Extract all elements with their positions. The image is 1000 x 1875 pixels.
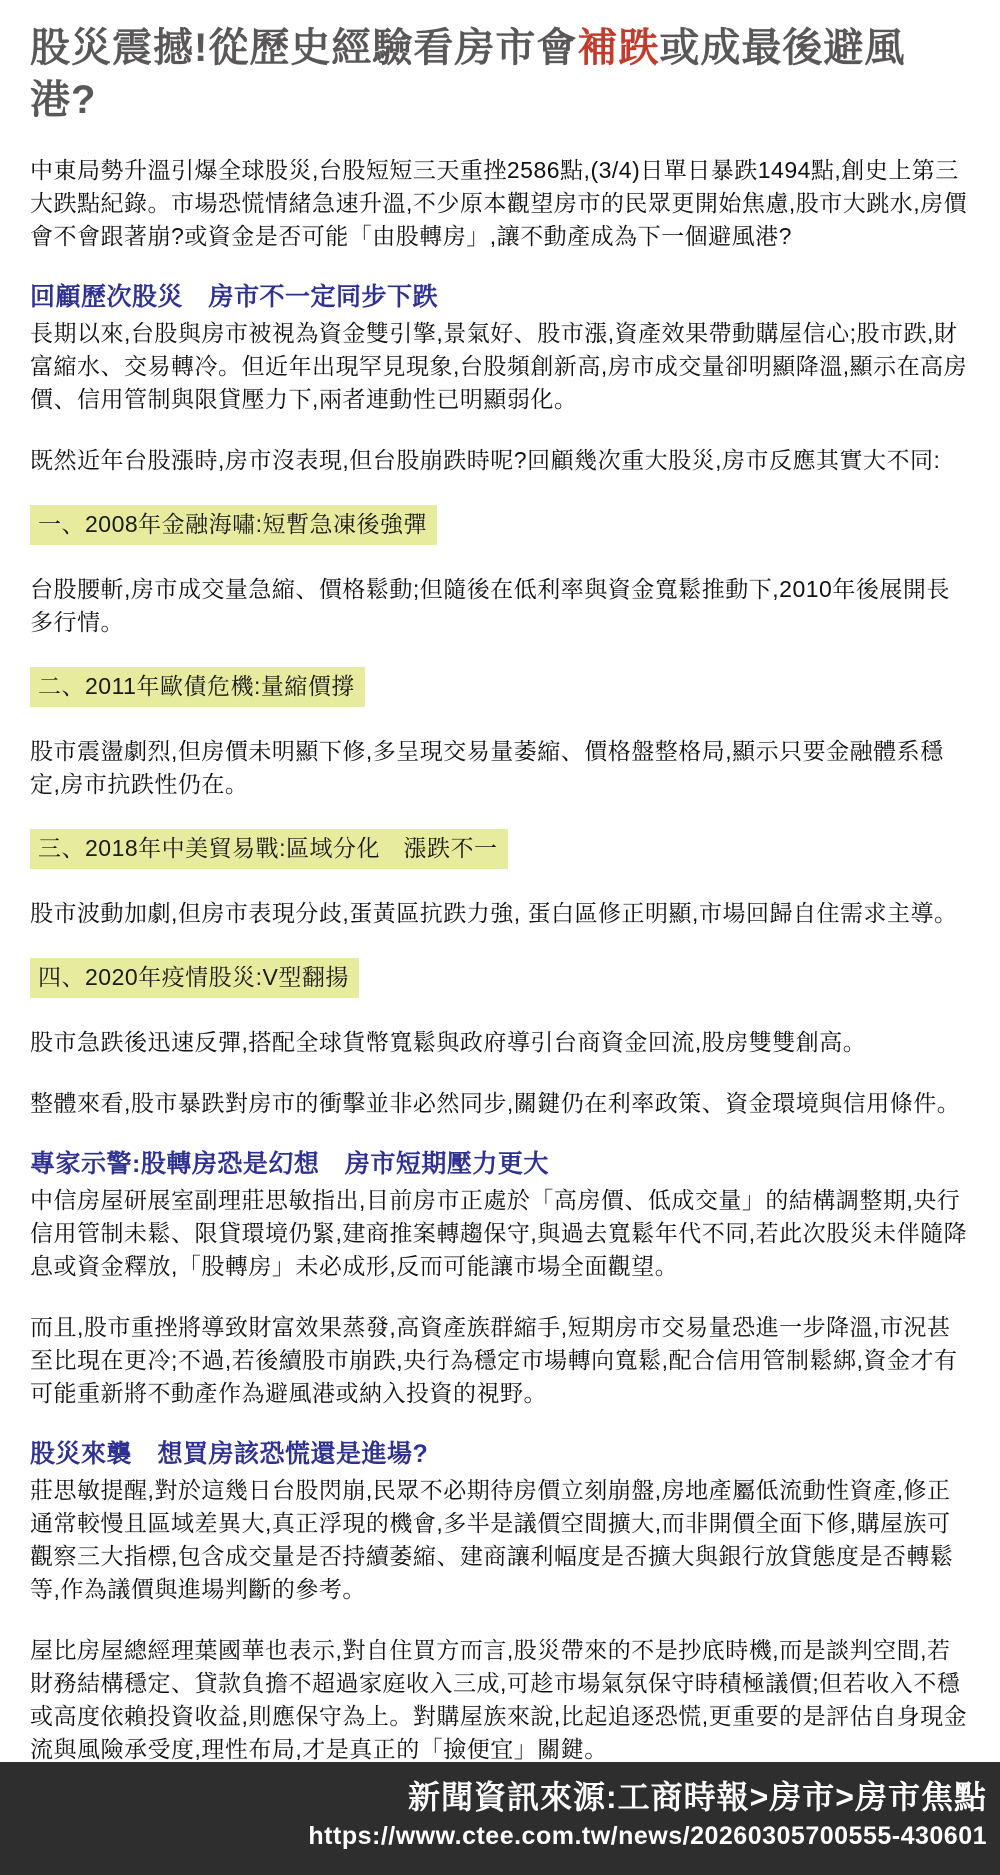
article-content: 股災震撼!從歷史經驗看房市會補跌或成最後避風港? 中東局勢升溫引爆全球股災,台股…	[0, 0, 1000, 1766]
paragraph-wealth-effect: 而且,股市重挫將導致財富效果蒸發,高資產族群縮手,短期房市交易量恐進一步降溫,市…	[30, 1311, 970, 1410]
heading-buy-or-panic: 股災來襲 想買房該恐慌還是進場?	[30, 1438, 970, 1471]
news-source-url: https://www.ctee.com.tw/news/20260305700…	[0, 1818, 987, 1854]
footer-source-bar: 新聞資訊來源:工商時報>房市>房市焦點 https://www.ctee.com…	[0, 1762, 1000, 1875]
highlight-2008-label: 一、2008年金融海嘯:短暫急凍後強彈	[30, 505, 437, 545]
highlight-2008-financial-tsunami: 一、2008年金融海嘯:短暫急凍後強彈	[30, 505, 970, 545]
paragraph-overall-summary: 整體來看,股市暴跌對房市的衝擊並非必然同步,關鍵仍在利率政策、資金環境與信用條件…	[30, 1087, 970, 1120]
highlight-2011-label: 二、2011年歐債危機:量縮價撐	[30, 667, 365, 707]
highlight-2020-label: 四、2020年疫情股災:V型翻揚	[30, 958, 359, 998]
paragraph-2018-detail: 股市波動加劇,但房市表現分歧,蛋黃區抗跌力強, 蛋白區修正明顯,市場回歸自住需求…	[30, 897, 970, 930]
highlight-2011-euro-debt-crisis: 二、2011年歐債危機:量縮價撐	[30, 667, 970, 707]
highlight-2018-trade-war: 三、2018年中美貿易戰:區域分化 漲跌不一	[30, 829, 970, 869]
article-title: 股災震撼!從歷史經驗看房市會補跌或成最後避風港?	[30, 22, 970, 126]
highlight-2018-label: 三、2018年中美貿易戰:區域分化 漲跌不一	[30, 829, 508, 869]
paragraph-2020-detail: 股市急跌後迅速反彈,搭配全球貨幣寬鬆與政府導引台商資金回流,股房雙雙創高。	[30, 1026, 970, 1059]
title-red-highlight: 補跌	[577, 26, 659, 70]
paragraph-expert-chuang: 中信房屋研展室副理莊思敏指出,目前房市正處於「高房價、低成交量」的結構調整期,央…	[30, 1184, 970, 1283]
paragraph-2011-detail: 股市震盪劇烈,但房價未明顯下修,多呈現交易量萎縮、價格盤整格局,顯示只要金融體系…	[30, 735, 970, 801]
title-text-pre: 股災震撼!從歷史經驗看房市會	[30, 26, 577, 70]
paragraph-dual-engines: 長期以來,台股與房市被視為資金雙引擎,景氣好、股市漲,資產效果帶動購屋信心;股市…	[30, 317, 970, 416]
intro-paragraph: 中東局勢升溫引爆全球股災,台股短短三天重挫2586點,(3/4)日單日暴跌149…	[30, 154, 970, 253]
paragraph-transition-question: 既然近年台股漲時,房市沒表現,但台股崩跌時呢?回顧幾次重大股災,房市反應其實大不…	[30, 444, 970, 477]
news-source-text: 新聞資訊來源:工商時報>房市>房市焦點	[0, 1777, 987, 1818]
paragraph-2008-detail: 台股腰斬,房市成交量急縮、價格鬆動;但隨後在低利率與資金寬鬆推動下,2010年後…	[30, 573, 970, 639]
highlight-2020-pandemic-crash: 四、2020年疫情股災:V型翻揚	[30, 958, 970, 998]
paragraph-chuang-reminder: 莊思敏提醒,對於這幾日台股閃崩,民眾不必期待房價立刻崩盤,房地產屬低流動性資產,…	[30, 1474, 970, 1606]
paragraph-yeh-advice: 屋比房屋總經理葉國華也表示,對自住買方而言,股災帶來的不是抄底時機,而是談判空間…	[30, 1634, 970, 1766]
article-page: 股災震撼!從歷史經驗看房市會補跌或成最後避風港? 中東局勢升溫引爆全球股災,台股…	[0, 0, 1000, 1875]
heading-expert-warning: 專家示警:股轉房恐是幻想 房市短期壓力更大	[30, 1148, 970, 1181]
heading-historical-crashes: 回顧歷次股災 房市不一定同步下跌	[30, 281, 970, 314]
